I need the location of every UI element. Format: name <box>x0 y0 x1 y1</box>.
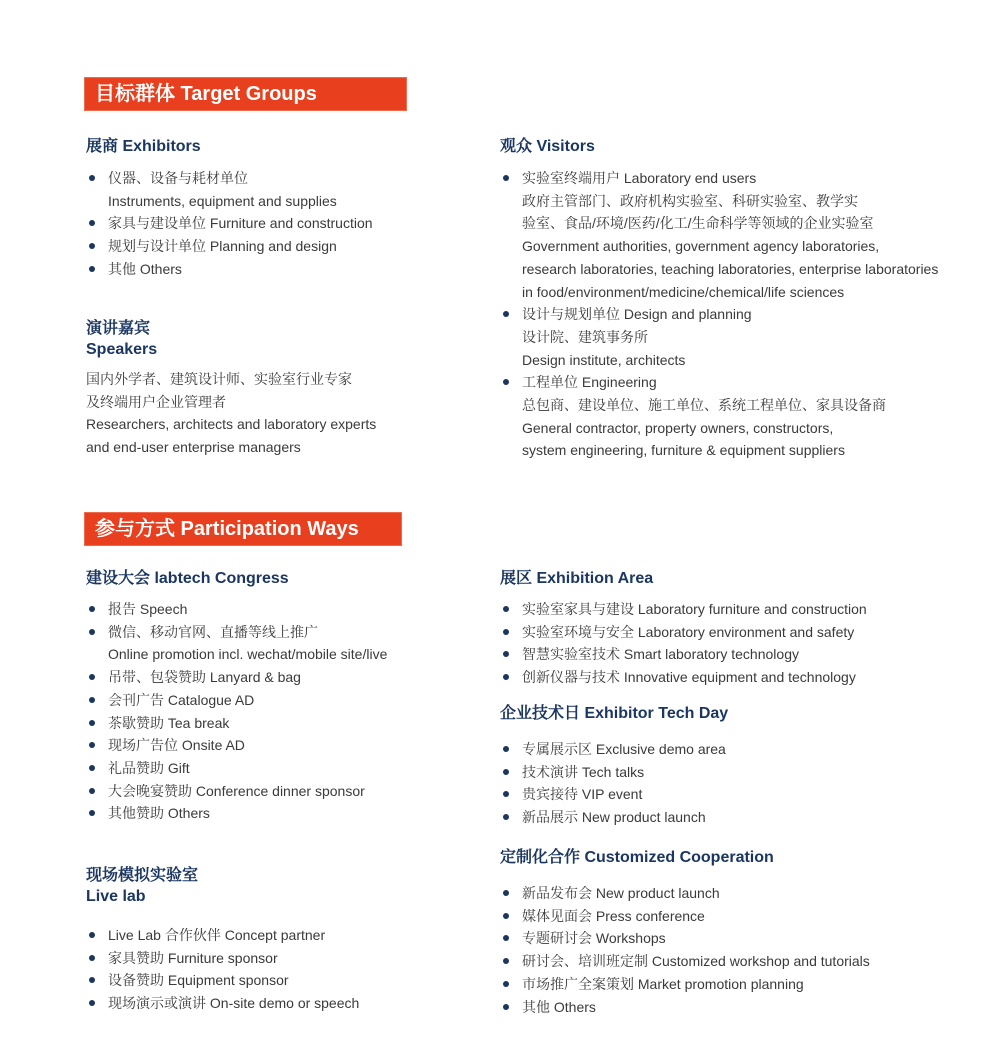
live-lab-heading-cn: 现场模拟实验室 <box>86 865 359 886</box>
list-item: 家具赞助 Furniture sponsor <box>86 947 359 970</box>
tech-day-list: 专属展示区 Exclusive demo area技术演讲 Tech talks… <box>500 738 728 829</box>
list-item-text: 其他 Others <box>108 258 373 281</box>
bullet-icon <box>503 769 509 775</box>
visitors-heading: 观众 Visitors <box>500 136 938 157</box>
list-item-text: 家具与建设单位 Furniture and construction <box>108 212 373 235</box>
congress-list: 报告 Speech微信、移动官网、直播等线上推广Online promotion… <box>86 598 387 825</box>
list-item: Live Lab 合作伙伴 Concept partner <box>86 924 359 947</box>
bullet-icon <box>503 379 509 385</box>
list-item-text: Instruments, equipment and supplies <box>108 190 373 213</box>
list-item-text: 微信、移动官网、直播等线上推广 <box>108 621 387 644</box>
bullet-icon <box>89 175 95 181</box>
list-item-text: Design institute, architects <box>522 349 938 372</box>
list-item-text: General contractor, property owners, con… <box>522 417 938 440</box>
bullet-icon <box>503 674 509 680</box>
customized-list: 新品发布会 New product launch媒体见面会 Press conf… <box>500 882 870 1018</box>
list-item: 礼品赞助 Gift <box>86 757 387 780</box>
list-item-text: 专题研讨会 Workshops <box>522 927 870 950</box>
exhibitors-list: 仪器、设备与耗材单位Instruments, equipment and sup… <box>86 167 373 281</box>
speakers-heading-en: Speakers <box>86 339 376 360</box>
list-item: 设备赞助 Equipment sponsor <box>86 969 359 992</box>
list-item: 仪器、设备与耗材单位Instruments, equipment and sup… <box>86 167 373 212</box>
bullet-icon <box>89 788 95 794</box>
list-item: 创新仪器与技术 Innovative equipment and technol… <box>500 666 867 689</box>
section-banner-target-groups: 目标群体 Target Groups <box>84 77 407 111</box>
bullet-icon <box>89 674 95 680</box>
list-item-text: 创新仪器与技术 Innovative equipment and technol… <box>522 666 867 689</box>
customized-section: 定制化合作 Customized Cooperation 新品发布会 New p… <box>500 847 870 1018</box>
customized-heading: 定制化合作 Customized Cooperation <box>500 847 870 868</box>
list-item-text: research laboratories, teaching laborato… <box>522 258 938 281</box>
list-item-text: 设计与规划单位 Design and planning <box>522 303 938 326</box>
list-item-text: 政府主管部门、政府机构实验室、科研实验室、教学实 <box>522 190 938 213</box>
list-item-text: 总包商、建设单位、施工单位、系统工程单位、家具设备商 <box>522 394 938 417</box>
bullet-icon <box>503 981 509 987</box>
list-item: 专属展示区 Exclusive demo area <box>500 738 728 761</box>
bullet-icon <box>503 311 509 317</box>
list-item-text: 规划与设计单位 Planning and design <box>108 235 373 258</box>
list-item: 实验室环境与安全 Laboratory environment and safe… <box>500 621 867 644</box>
list-item: 其他 Others <box>500 996 870 1019</box>
list-item: 微信、移动官网、直播等线上推广Online promotion incl. we… <box>86 621 387 666</box>
list-item: 实验室家具与建设 Laboratory furniture and constr… <box>500 598 867 621</box>
section-banner-participation-ways: 参与方式 Participation Ways <box>84 512 402 546</box>
bullet-icon <box>503 890 509 896</box>
list-item-text: 设计院、建筑事务所 <box>522 326 938 349</box>
list-item: 专题研讨会 Workshops <box>500 927 870 950</box>
list-item-text: in food/environment/medicine/chemical/li… <box>522 281 938 304</box>
list-item-text: 设备赞助 Equipment sponsor <box>108 969 359 992</box>
tech-day-section: 企业技术日 Exhibitor Tech Day 专属展示区 Exclusive… <box>500 703 728 829</box>
exhibitors-section: 展商 Exhibitors 仪器、设备与耗材单位Instruments, equ… <box>86 136 373 281</box>
paragraph-line: and end-user enterprise managers <box>86 436 376 459</box>
bullet-icon <box>503 814 509 820</box>
list-item-text: 媒体见面会 Press conference <box>522 905 870 928</box>
bullet-icon <box>89 955 95 961</box>
list-item: 报告 Speech <box>86 598 387 621</box>
list-item-text: 实验室家具与建设 Laboratory furniture and constr… <box>522 598 867 621</box>
list-item: 规划与设计单位 Planning and design <box>86 235 373 258</box>
list-item: 市场推广全案策划 Market promotion planning <box>500 973 870 996</box>
list-item: 家具与建设单位 Furniture and construction <box>86 212 373 235</box>
list-item-text: 新品展示 New product launch <box>522 806 728 829</box>
list-item-text: 实验室环境与安全 Laboratory environment and safe… <box>522 621 867 644</box>
bullet-icon <box>503 746 509 752</box>
list-item-text: 现场演示或演讲 On-site demo or speech <box>108 992 359 1015</box>
bullet-icon <box>503 606 509 612</box>
live-lab-list: Live Lab 合作伙伴 Concept partner家具赞助 Furnit… <box>86 924 359 1015</box>
list-item: 现场广告位 Onsite AD <box>86 734 387 757</box>
list-item: 工程单位 Engineering总包商、建设单位、施工单位、系统工程单位、家具设… <box>500 371 938 462</box>
list-item-text: 家具赞助 Furniture sponsor <box>108 947 359 970</box>
list-item-text: 市场推广全案策划 Market promotion planning <box>522 973 870 996</box>
exhibition-area-heading: 展区 Exhibition Area <box>500 568 867 589</box>
bullet-icon <box>89 932 95 938</box>
list-item-text: 礼品赞助 Gift <box>108 757 387 780</box>
list-item: 实验室终端用户 Laboratory end users政府主管部门、政府机构实… <box>500 167 938 303</box>
bullet-icon <box>89 977 95 983</box>
list-item-text: 专属展示区 Exclusive demo area <box>522 738 728 761</box>
list-item-text: 其他赞助 Others <box>108 802 387 825</box>
bullet-icon <box>503 935 509 941</box>
exhibition-area-section: 展区 Exhibition Area 实验室家具与建设 Laboratory f… <box>500 568 867 689</box>
bullet-icon <box>89 629 95 635</box>
list-item-text: 吊带、包袋赞助 Lanyard & bag <box>108 666 387 689</box>
list-item-text: 仪器、设备与耗材单位 <box>108 167 373 190</box>
bullet-icon <box>89 266 95 272</box>
bullet-icon <box>89 220 95 226</box>
bullet-icon <box>503 913 509 919</box>
list-item: 研讨会、培训班定制 Customized workshop and tutori… <box>500 950 870 973</box>
list-item: 设计与规划单位 Design and planning设计院、建筑事务所Desi… <box>500 303 938 371</box>
list-item-text: Online promotion incl. wechat/mobile sit… <box>108 643 387 666</box>
list-item-text: system engineering, furniture & equipmen… <box>522 439 938 462</box>
list-item: 智慧实验室技术 Smart laboratory technology <box>500 643 867 666</box>
list-item: 茶歇赞助 Tea break <box>86 712 387 735</box>
list-item-text: Live Lab 合作伙伴 Concept partner <box>108 924 359 947</box>
visitors-list: 实验室终端用户 Laboratory end users政府主管部门、政府机构实… <box>500 167 938 462</box>
bullet-icon <box>89 765 95 771</box>
list-item: 媒体见面会 Press conference <box>500 905 870 928</box>
congress-heading: 建设大会 labtech Congress <box>86 568 387 589</box>
list-item: 技术演讲 Tech talks <box>500 761 728 784</box>
list-item: 会刊广告 Catalogue AD <box>86 689 387 712</box>
list-item-text: 验室、食品/环境/医药/化工/生命科学等领域的企业实验室 <box>522 212 938 235</box>
list-item: 新品发布会 New product launch <box>500 882 870 905</box>
bullet-icon <box>503 629 509 635</box>
list-item-text: 技术演讲 Tech talks <box>522 761 728 784</box>
list-item: 贵宾接待 VIP event <box>500 783 728 806</box>
bullet-icon <box>89 742 95 748</box>
list-item: 吊带、包袋赞助 Lanyard & bag <box>86 666 387 689</box>
bullet-icon <box>89 697 95 703</box>
speakers-section: 演讲嘉宾 Speakers 国内外学者、建筑设计师、实验室行业专家及终端用户企业… <box>86 318 376 459</box>
list-item-text: 报告 Speech <box>108 598 387 621</box>
paragraph-line: 及终端用户企业管理者 <box>86 391 376 414</box>
list-item-text: 大会晚宴赞助 Conference dinner sponsor <box>108 780 387 803</box>
exhibition-area-list: 实验室家具与建设 Laboratory furniture and constr… <box>500 598 867 689</box>
bullet-icon <box>89 1000 95 1006</box>
paragraph-line: Researchers, architects and laboratory e… <box>86 413 376 436</box>
bullet-icon <box>503 651 509 657</box>
exhibitors-heading: 展商 Exhibitors <box>86 136 373 157</box>
bullet-icon <box>89 606 95 612</box>
speakers-heading-cn: 演讲嘉宾 <box>86 318 376 339</box>
bullet-icon <box>89 810 95 816</box>
congress-section: 建设大会 labtech Congress 报告 Speech微信、移动官网、直… <box>86 568 387 825</box>
visitors-section: 观众 Visitors 实验室终端用户 Laboratory end users… <box>500 136 938 462</box>
bullet-icon <box>503 958 509 964</box>
list-item-text: 实验室终端用户 Laboratory end users <box>522 167 938 190</box>
list-item-text: 茶歇赞助 Tea break <box>108 712 387 735</box>
bullet-icon <box>89 720 95 726</box>
list-item-text: 会刊广告 Catalogue AD <box>108 689 387 712</box>
list-item: 现场演示或演讲 On-site demo or speech <box>86 992 359 1015</box>
list-item-text: 智慧实验室技术 Smart laboratory technology <box>522 643 867 666</box>
list-item-text: 新品发布会 New product launch <box>522 882 870 905</box>
list-item-text: 研讨会、培训班定制 Customized workshop and tutori… <box>522 950 870 973</box>
list-item-text: 现场广告位 Onsite AD <box>108 734 387 757</box>
paragraph-line: 国内外学者、建筑设计师、实验室行业专家 <box>86 368 376 391</box>
bullet-icon <box>503 791 509 797</box>
bullet-icon <box>89 243 95 249</box>
list-item-text: 工程单位 Engineering <box>522 371 938 394</box>
list-item-text: 贵宾接待 VIP event <box>522 783 728 806</box>
live-lab-section: 现场模拟实验室 Live lab Live Lab 合作伙伴 Concept p… <box>86 865 359 1015</box>
tech-day-heading: 企业技术日 Exhibitor Tech Day <box>500 703 728 724</box>
bullet-icon <box>503 1004 509 1010</box>
live-lab-heading-en: Live lab <box>86 886 359 907</box>
bullet-icon <box>503 175 509 181</box>
speakers-description: 国内外学者、建筑设计师、实验室行业专家及终端用户企业管理者Researchers… <box>86 368 376 459</box>
list-item: 大会晚宴赞助 Conference dinner sponsor <box>86 780 387 803</box>
list-item-text: 其他 Others <box>522 996 870 1019</box>
list-item: 其他赞助 Others <box>86 802 387 825</box>
list-item: 其他 Others <box>86 258 373 281</box>
list-item-text: Government authorities, government agenc… <box>522 235 938 258</box>
list-item: 新品展示 New product launch <box>500 806 728 829</box>
